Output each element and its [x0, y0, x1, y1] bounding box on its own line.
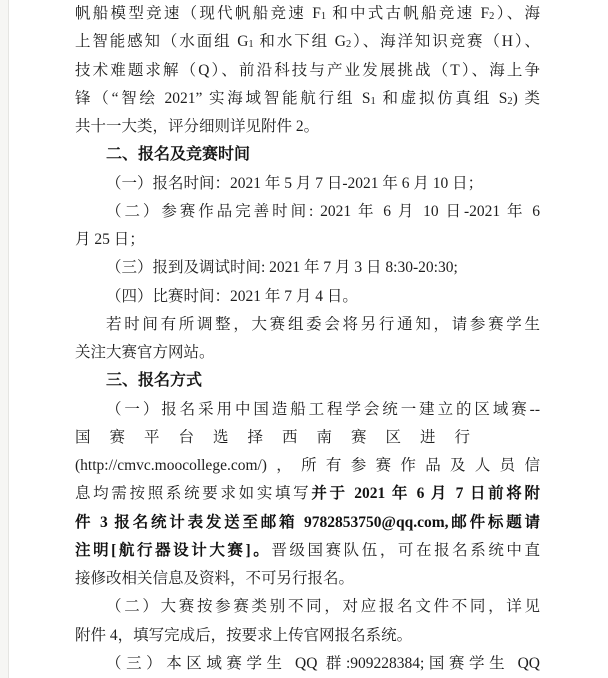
- text-line: 锋（“智绘 2021” 实海域智能航行组 S1 和虚拟仿真组 S2) 类: [75, 85, 540, 113]
- text-segment: 注明[航行器设计大赛]。: [75, 542, 271, 559]
- text-segment: 三、报名方式: [106, 372, 202, 389]
- text-segment: 和水下组 G: [254, 33, 346, 50]
- text-line: (http://cmvc.moocollege.com/)，所有参赛作品及人员信: [75, 452, 540, 480]
- text-line: （一）报名采用中国造船工程学会统一建立的区域赛--: [75, 396, 540, 424]
- text-line: 关注大赛官方网站。: [75, 339, 540, 367]
- text-segment: 息均需按照系统要求如实填写: [75, 485, 311, 502]
- text-line: 上智能感知（水面组 G1 和水下组 G2）、海洋知识竞赛（H）、: [75, 28, 540, 56]
- text-line: 件 3 报名统计表发送至邮箱 9782853750@qq.com,邮件标题请: [75, 509, 540, 537]
- text-segment: (http://cmvc.moocollege.com/)，所有参赛作品及人员信: [75, 457, 540, 474]
- text-line: （一）报名时间：2021 年 5 月 7 日-2021 年 6 月 10 日；: [75, 170, 540, 198]
- text-line: 附件 4，填写完成后，按要求上传官网报名系统。: [75, 622, 540, 650]
- text-segment: 锋（“智绘 2021” 实海域智能航行组 S: [75, 90, 371, 107]
- text-segment: 并于 2021 年 6 月 7 日前将附: [311, 485, 540, 502]
- text-line: （二）大赛按参赛类别不同，对应报名文件不同，详见: [75, 593, 540, 621]
- text-segment: 件 3 报名统计表发送至邮箱 9782853750@qq.com,邮件标题请: [75, 514, 540, 531]
- text-segment: 二、报名及竞赛时间: [106, 146, 250, 163]
- text-segment: 共十一大类，评分细则详见附件 2。: [75, 118, 319, 135]
- text-segment: 帆船模型竞速（现代帆船竞速 F: [75, 5, 321, 22]
- text-line: 月 25 日；: [75, 226, 540, 254]
- text-segment: （四）比赛时间：2021 年 7 月 4 日。: [106, 288, 358, 305]
- text-segment: ) 类: [513, 90, 540, 107]
- text-segment: 月 25 日；: [75, 231, 145, 248]
- text-segment: （一）报名时间：2021 年 5 月 7 日-2021 年 6 月 10 日；: [106, 175, 483, 192]
- text-segment: （三）报到及调试时间: 2021 年 7 月 3 日 8:30-20:30;: [106, 259, 458, 276]
- text-line: 国赛平台选择西南赛区进行: [75, 424, 540, 452]
- text-line: （二）参赛作品完善时间: 2021 年 6 月 10 日-2021 年 6: [75, 198, 540, 226]
- text-line: 接修改相关信息及资料，不可另行报名。: [75, 565, 540, 593]
- text-segment: （三）本区域赛学生 QQ 群:909228384;国赛学生 QQ: [106, 655, 540, 672]
- text-segment: 和虚拟仿真组 S: [376, 90, 508, 107]
- text-segment: （二）大赛按参赛类别不同，对应报名文件不同，详见: [106, 598, 540, 615]
- text-segment: 附件 4，填写完成后，按要求上传官网报名系统。: [75, 627, 412, 644]
- text-segment: 晋级国赛队伍，可在报名系统中直: [271, 542, 540, 559]
- text-line: 技术难题求解（Q）、前沿科技与产业发展挑战（T）、海上争: [75, 57, 540, 85]
- text-line: 帆船模型竞速（现代帆船竞速 F1 和中式古帆船竞速 F2）、海: [75, 0, 540, 28]
- text-line: 息均需按照系统要求如实填写并于 2021 年 6 月 7 日前将附: [75, 480, 540, 508]
- text-segment: 接修改相关信息及资料，不可另行报名。: [75, 570, 354, 587]
- section-heading: 三、报名方式: [75, 367, 540, 395]
- text-segment: 上智能感知（水面组 G: [75, 33, 248, 50]
- text-segment: （一）报名采用中国造船工程学会统一建立的区域赛--: [106, 401, 540, 418]
- text-segment: ）、海洋知识竞赛（H）、: [351, 33, 540, 50]
- text-line: （四）比赛时间：2021 年 7 月 4 日。: [75, 283, 540, 311]
- text-segment: 关注大赛官方网站。: [75, 344, 215, 361]
- text-segment: ）、海: [494, 5, 540, 22]
- text-line: 注明[航行器设计大赛]。晋级国赛队伍，可在报名系统中直: [75, 537, 540, 565]
- text-segment: 技术难题求解（Q）、前沿科技与产业发展挑战（T）、海上争: [75, 62, 540, 79]
- text-segment: 和中式古帆船竞速 F: [326, 5, 489, 22]
- text-line: （三）报到及调试时间: 2021 年 7 月 3 日 8:30-20:30;: [75, 254, 540, 282]
- text-segment: 若时间有所调整，大赛组委会将另行通知，请参赛学生: [106, 316, 540, 333]
- page-left-edge: [0, 0, 9, 678]
- text-line: 若时间有所调整，大赛组委会将另行通知，请参赛学生: [75, 311, 540, 339]
- document-page: 帆船模型竞速（现代帆船竞速 F1 和中式古帆船竞速 F2）、海上智能感知（水面组…: [75, 0, 540, 678]
- text-line: 共十一大类，评分细则详见附件 2。: [75, 113, 540, 141]
- section-heading: 二、报名及竞赛时间: [75, 141, 540, 169]
- text-line: （三）本区域赛学生 QQ 群:909228384;国赛学生 QQ: [75, 650, 540, 678]
- text-segment: 国赛平台选择西南赛区进行: [75, 429, 489, 446]
- text-segment: （二）参赛作品完善时间: 2021 年 6 月 10 日-2021 年 6: [106, 203, 540, 220]
